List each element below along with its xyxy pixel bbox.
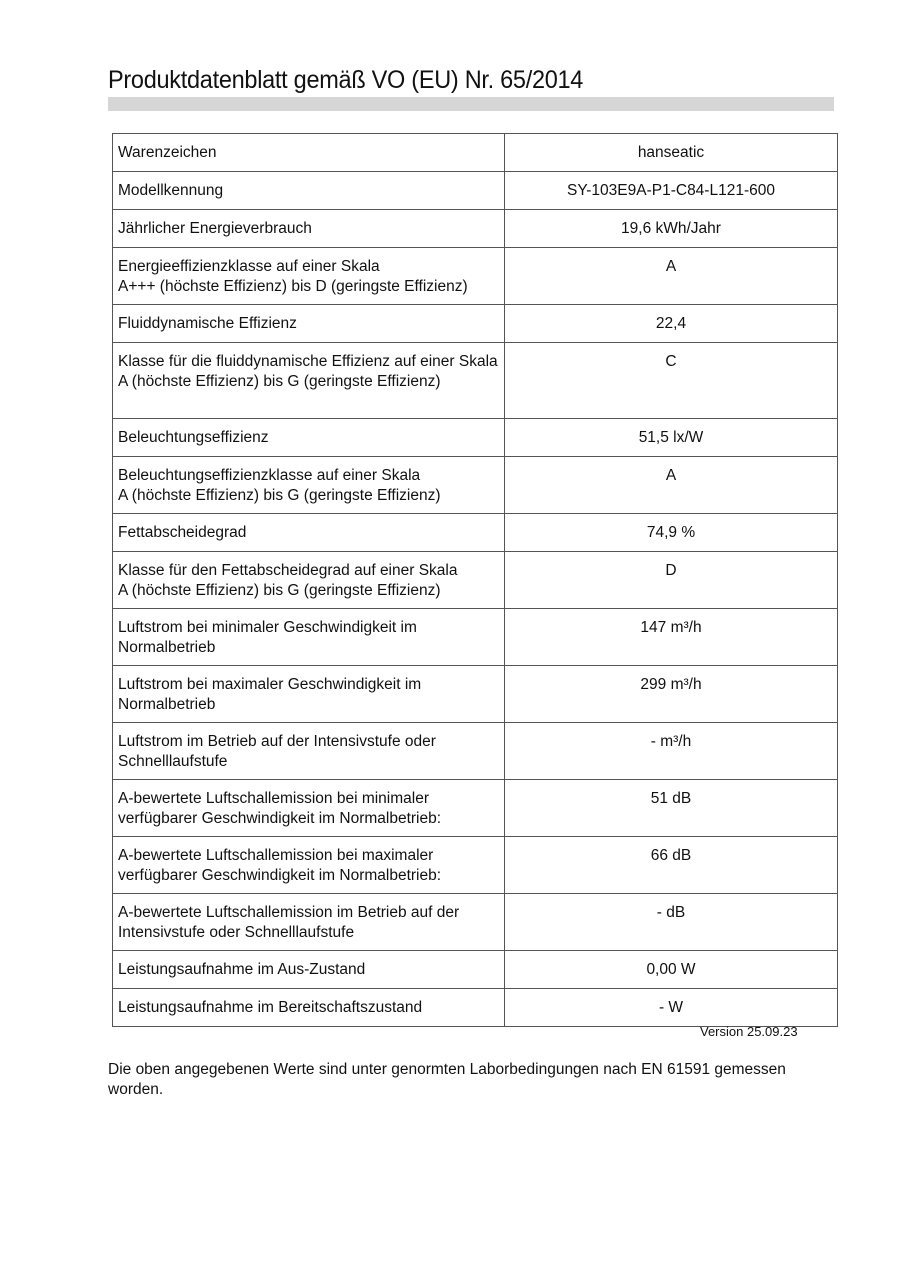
row-label: Jährlicher Energieverbrauch [113,210,505,248]
row-label: Beleuchtungseffizienzklasse auf einer Sk… [113,457,505,514]
title-underline-bar [108,97,834,111]
row-value: 299 m³/h [505,666,838,723]
table-row: Jährlicher Energieverbrauch19,6 kWh/Jahr [113,210,838,248]
row-label: Klasse für die fluiddynamische Effizienz… [113,343,505,419]
row-label: Fluiddynamische Effizienz [113,305,505,343]
row-value: SY-103E9A-P1-C84-L121-600 [505,172,838,210]
row-label: Luftstrom bei minimaler Geschwindigkeit … [113,609,505,666]
row-label: Fettabscheidegrad [113,514,505,552]
table-row: Luftstrom im Betrieb auf der Intensivstu… [113,723,838,780]
row-value: 51 dB [505,780,838,837]
row-label: Klasse für den Fettabscheidegrad auf ein… [113,552,505,609]
product-data-table: WarenzeichenhanseaticModellkennungSY-103… [112,133,838,1027]
row-value: 22,4 [505,305,838,343]
row-label: A-bewertete Luftschallemission im Betrie… [113,894,505,951]
row-label: A-bewertete Luftschallemission bei minim… [113,780,505,837]
row-value: hanseatic [505,134,838,172]
table-row: Beleuchtungseffizienz51,5 lx/W [113,419,838,457]
row-value: A [505,248,838,305]
row-label: Leistungsaufnahme im Bereitschaftszustan… [113,989,505,1027]
table-row: A-bewertete Luftschallemission im Betrie… [113,894,838,951]
row-label: Modellkennung [113,172,505,210]
table-row: Beleuchtungseffizienzklasse auf einer Sk… [113,457,838,514]
row-value: 74,9 % [505,514,838,552]
row-value: D [505,552,838,609]
table-row: Energieeffizienzklasse auf einer Skala A… [113,248,838,305]
table-row: Luftstrom bei minimaler Geschwindigkeit … [113,609,838,666]
row-label: Luftstrom im Betrieb auf der Intensivstu… [113,723,505,780]
table-row: Luftstrom bei maximaler Geschwindigkeit … [113,666,838,723]
row-label: Energieeffizienzklasse auf einer Skala A… [113,248,505,305]
row-value: 66 dB [505,837,838,894]
row-value: 147 m³/h [505,609,838,666]
table-row: Klasse für die fluiddynamische Effizienz… [113,343,838,419]
row-label: Warenzeichen [113,134,505,172]
table-row: Fluiddynamische Effizienz22,4 [113,305,838,343]
table-row: Fettabscheidegrad74,9 % [113,514,838,552]
version-label: Version 25.09.23 [700,1024,798,1040]
row-label: Luftstrom bei maximaler Geschwindigkeit … [113,666,505,723]
table-row: Klasse für den Fettabscheidegrad auf ein… [113,552,838,609]
row-label: Beleuchtungseffizienz [113,419,505,457]
row-value: - m³/h [505,723,838,780]
row-value: A [505,457,838,514]
footer-note: Die oben angegebenen Werte sind unter ge… [108,1060,808,1099]
table-row: ModellkennungSY-103E9A-P1-C84-L121-600 [113,172,838,210]
row-value: C [505,343,838,419]
document-title: Produktdatenblatt gemäß VO (EU) Nr. 65/2… [108,64,583,96]
table-row: Leistungsaufnahme im Bereitschaftszustan… [113,989,838,1027]
row-value: - W [505,989,838,1027]
row-label: Leistungsaufnahme im Aus-Zustand [113,951,505,989]
row-value: 51,5 lx/W [505,419,838,457]
row-value: 19,6 kWh/Jahr [505,210,838,248]
row-value: 0,00 W [505,951,838,989]
table-row: Warenzeichenhanseatic [113,134,838,172]
table-row: A-bewertete Luftschallemission bei minim… [113,780,838,837]
table-row: A-bewertete Luftschallemission bei maxim… [113,837,838,894]
row-value: - dB [505,894,838,951]
row-label: A-bewertete Luftschallemission bei maxim… [113,837,505,894]
table-row: Leistungsaufnahme im Aus-Zustand0,00 W [113,951,838,989]
